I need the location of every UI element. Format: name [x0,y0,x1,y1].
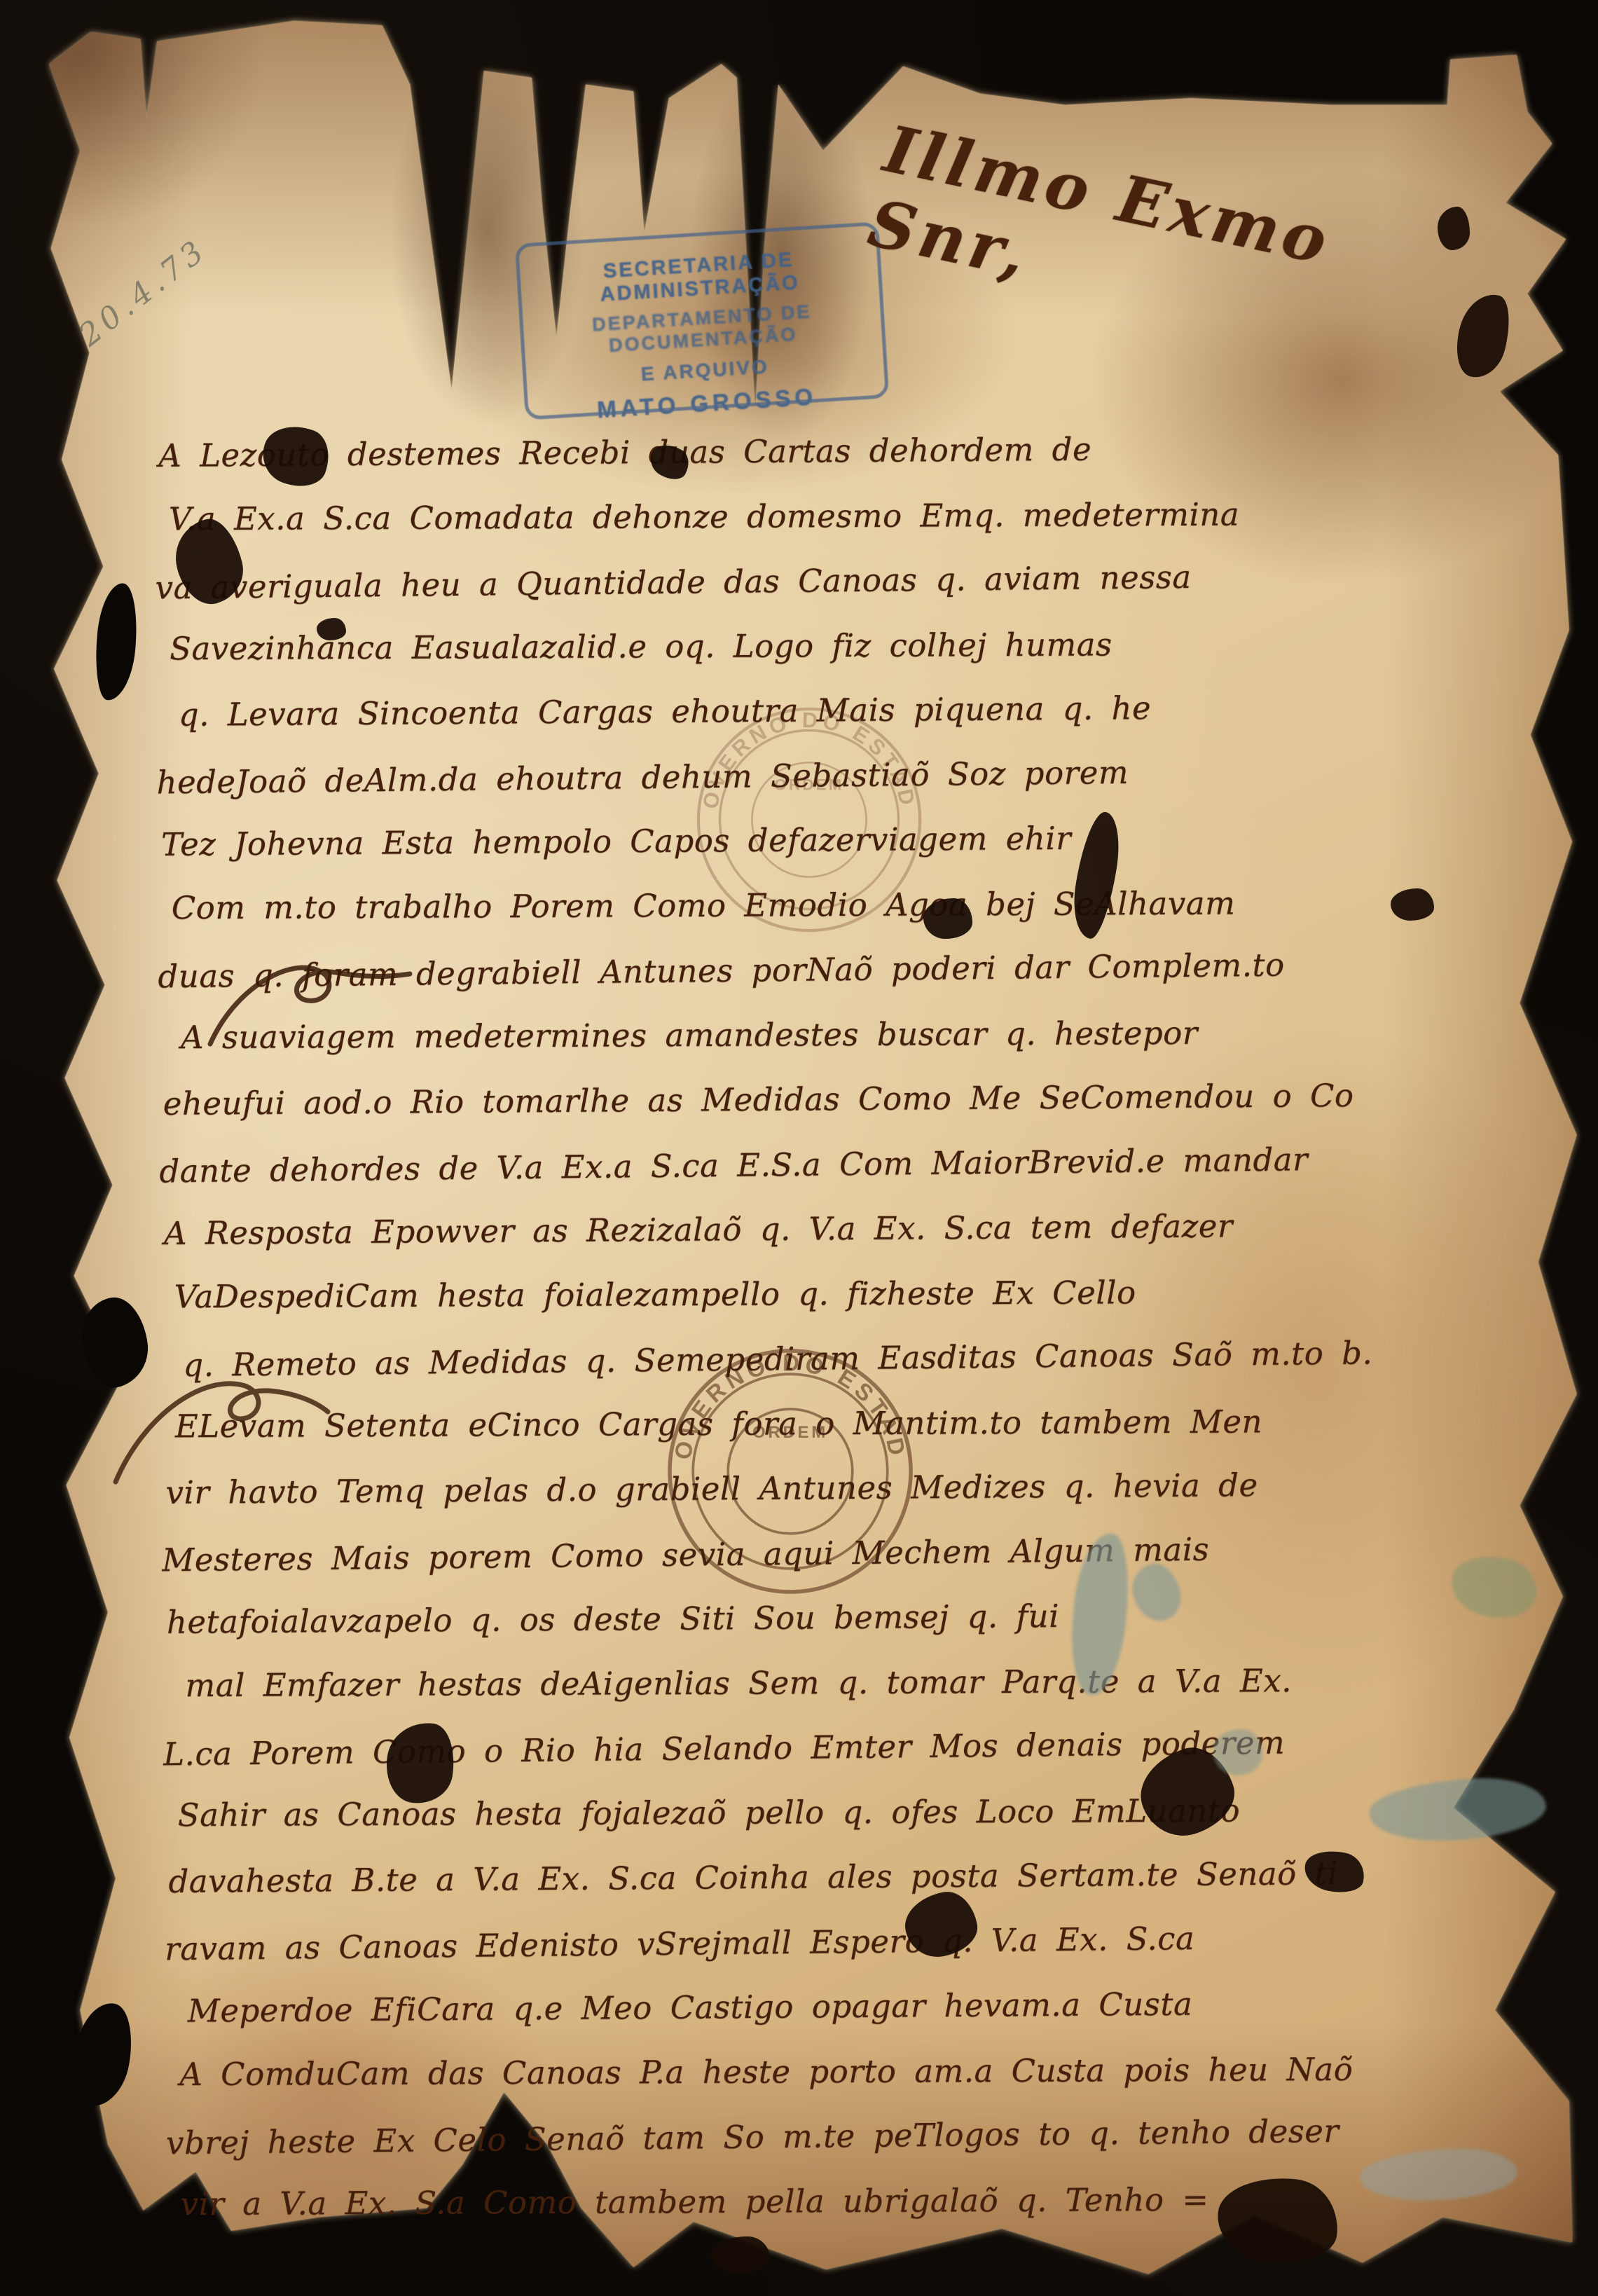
manuscript-line: dante dehordes de V.a Ex.a S.ca E.S.a Co… [159,1125,1537,1204]
archive-box-stamp: SECRETARIA DE ADMINISTRAÇÃODEPARTAMENTO … [515,221,889,420]
manuscript-line: A Resposta Epowver as Rezizalaõ q. V.a E… [164,1192,1538,1266]
manuscript-line: q. Levara Sincoenta Cargas ehoutra Mais … [179,673,1534,748]
manuscript-line: VaDespediCam hesta foialezampello q. fiz… [174,1258,1537,1329]
ink-blot [1438,207,1470,250]
manuscript-line: V.a Ex.a S.ca Comadata dehonze domesmo E… [169,481,1532,551]
manuscript-line: mal Emfazer hestas deAigenlias Sem q. to… [185,1647,1540,1718]
manuscript-line: Mesteres Mais porem Como sevia aqui Mech… [162,1513,1540,1593]
manuscript-line: A ComduCam das Canoas P.a heste porto am… [179,2036,1543,2107]
manuscript-line: eheufui aod.o Rio tomarlhe as Medidas Co… [163,1062,1536,1136]
manuscript-line: Tez Johevna Esta hempolo Capos defazervi… [161,803,1535,877]
manuscript-line: vir havto Temq pelas d.o grabiell Antune… [165,1451,1539,1525]
manuscript-body: A Lezouto destemes Recebi duas Cartas de… [158,414,1544,2239]
manuscript-line: vbrej heste Ex Celo Senaõ tam So m.te pe… [166,2097,1544,2176]
manuscript-line: L.ca Porem Como o Rio hia Selando Emter … [163,1708,1541,1787]
photo-stage: GOVERNO DO ESTADO ORDEM GOVERNO DO ESTAD… [0,0,1598,2296]
manuscript-line: q. Remeto as Medidas q. Semepediram Easd… [183,1319,1538,1398]
ink-blot [317,618,346,640]
manuscript-line: A suaviagem medetermines amandestes busc… [181,999,1536,1070]
ink-blot [711,2236,770,2273]
teal-smudge [1213,1729,1262,1775]
manuscript-line: Com m.to trabalho Porem Como Emodio Agoa… [172,869,1535,940]
ink-blot [923,898,972,939]
manuscript-line: A Lezouto destemes Recebi duas Cartas de… [158,414,1532,488]
ink-blot [1391,888,1434,921]
manuscript-line: hedeJoaõ deAlm.da ehoutra dehum Sebastia… [156,736,1534,815]
manuscript-line: Sahir as Canoas hesta fojalezaõ pello q.… [178,1777,1541,1848]
manuscript-line: duas q. foram degrabiell Antunes porNaõ … [158,930,1536,1010]
scorch-halo-top-left [39,14,263,224]
manuscript-line: vir a V.a Ex. S.a Como tambem pella ubri… [181,2166,1544,2236]
manuscript-line: ravam as Canoas Edenisto vSrejmall Esper… [165,1902,1543,1981]
manuscript-line: ELevam Setenta eCinco Cargas fora o Mant… [175,1388,1538,1459]
manuscript-line: hetafoialavzapelo q. os deste Siti Sou b… [167,1581,1541,1655]
manuscript-line: Meperdoe EfiCara q.e Meo Castigo opagar … [187,1970,1543,2044]
manuscript-line: Savezinhanca Easualazalid.e oq. Logo fiz… [170,610,1533,681]
manuscript-line: va averiguala heu a Quantidade das Canoa… [155,542,1533,621]
